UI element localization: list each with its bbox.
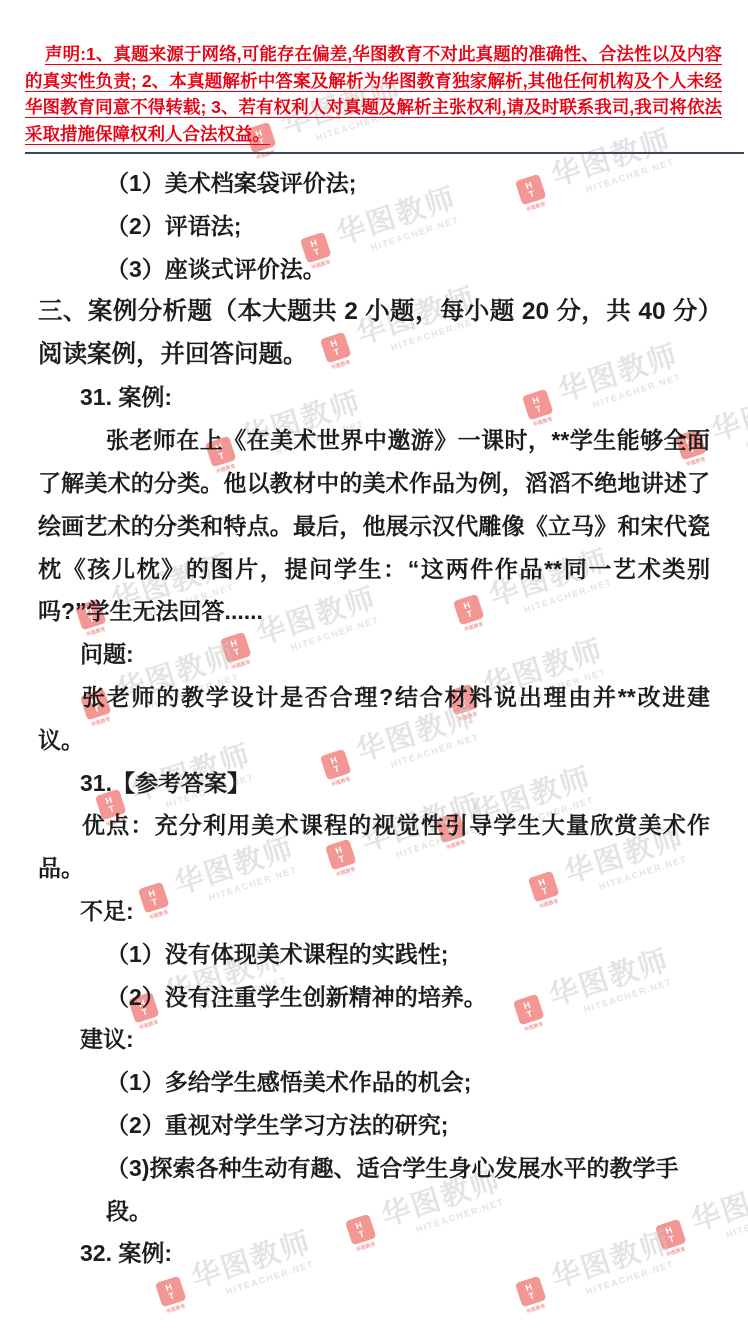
huatu-logo: H T 华图教育 [147, 1274, 198, 1325]
answer-item-3: （3）座谈式评价法。 [38, 248, 710, 291]
question-label: 问题: [38, 633, 710, 676]
case32-label: 32. 案例: [38, 1232, 710, 1275]
logo-letter-bottom: T [528, 1291, 536, 1301]
logo-letter-top: H [164, 1282, 173, 1293]
logo-caption: 华图教育 [165, 1301, 186, 1314]
huatu-logo-icon: H T [154, 1276, 186, 1308]
shortcoming-item-2: （2）没有注重学生创新精神的培养。 [38, 976, 710, 1019]
shortcoming-item-1: （1）没有体现美术课程的实践性; [38, 933, 710, 976]
section-divider [25, 152, 744, 154]
suggestion-label: 建议: [38, 1018, 710, 1061]
case31-label: 31. 案例: [38, 376, 710, 419]
document-page: H T 华图教育 华图教师 HITEACHER.NET H T 华图教育 华图教… [0, 0, 748, 1335]
shortcoming-label: 不足: [38, 890, 710, 933]
answer-item-2: （2）评语法; [38, 205, 710, 248]
logo-letter-top: H [524, 1282, 533, 1293]
suggestion-item-3: （3)探索各种生动有趣、适合学生身心发展水平的教学手段。 [38, 1147, 710, 1233]
advantage-text: 优点：充分利用美术课程的视觉性引导学生大量欣赏美术作品。 [38, 804, 710, 890]
huatu-logo-icon: H T [514, 1276, 546, 1308]
huatu-logo: H T 华图教育 [507, 1274, 558, 1325]
logo-caption: 华图教育 [525, 1301, 546, 1314]
section-heading: 三、案例分析题（本大题共 2 小题，每小题 20 分，共 40 分）阅读案例，并… [38, 291, 710, 377]
disclaimer-text: 声明:1、真题来源于网络,可能存在偏差,华图教育不对此真题的准确性、合法性以及内… [25, 41, 722, 147]
case31-text: 张老师在上《在美术世界中邀游》一课时，**学生能够全面了解美术的分类。他以教材中… [38, 419, 710, 633]
answer-item-1: （1）美术档案袋评价法; [38, 162, 710, 205]
document-content: 声明:1、真题来源于网络,可能存在偏差,华图教育不对此真题的准确性、合法性以及内… [0, 41, 748, 1275]
logo-letter-bottom: T [168, 1291, 176, 1301]
answer-label: 31.【参考答案】 [38, 762, 710, 805]
question-text: 张老师的教学设计是否合理?结合材料说出理由并**改进建议。 [38, 676, 710, 762]
suggestion-item-1: （1）多给学生感悟美术作品的机会; [38, 1061, 710, 1104]
suggestion-item-2: （2）重视对学生学习方法的研究; [38, 1104, 710, 1147]
document-body: （1）美术档案袋评价法; （2）评语法; （3）座谈式评价法。 三、案例分析题（… [38, 162, 710, 1275]
